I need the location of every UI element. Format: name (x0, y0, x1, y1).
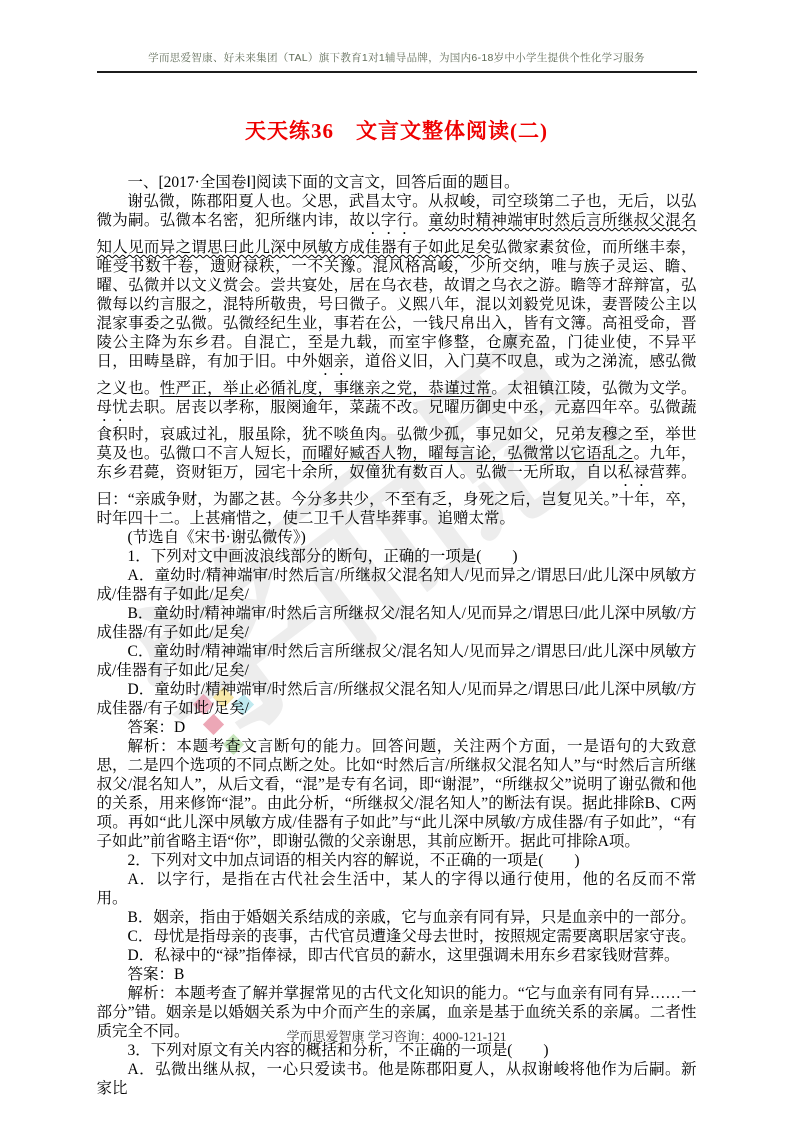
question1-analysis: 解析：本题考查文言断句的能力。回答问题，关注两个方面，一是语句的大致意思，二是四… (97, 737, 697, 851)
header-tagline: 学而思爱智康、好未来集团（TAL）旗下教育1对1辅导品牌，为国内6-18岁中小学… (97, 50, 697, 65)
question1-stem: 1．下列对文中画波浪线部分的断句，正确的一项是( ) (97, 547, 697, 566)
document-body: 一、[2017·全国卷Ⅰ]阅读下面的文言文，回答后面的题目。 谢弘微，陈郡阳夏人… (97, 173, 697, 1098)
passage-segment-underline: 而曜好臧否人物，曜每言论，弘微常以它语乱之 (302, 445, 634, 462)
passage-segment-dotted: 母忧 (97, 399, 129, 416)
passage-segment: 弘微家素贫俭，而所继丰泰，唯受书数千卷，遗财禄秩，一不关豫。混风格高峻，少所交纳… (97, 239, 697, 370)
page-header: 学而思爱智康、好未来集团（TAL）旗下教育1对1辅导品牌，为国内6-18岁中小学… (97, 0, 697, 73)
question1-option-d: D．童幼时/精神端审/时然后言/所继叔父混名知人/见而异之/谓思曰/此儿深中夙敏… (97, 680, 697, 718)
question1-option-c: C．童幼时/精神端审/时然后言所继叔父/混名知人/见而异之/谓思曰/此儿深中夙敏… (97, 642, 697, 680)
passage-source: (节选自《宋书·谢弘微传》) (97, 528, 697, 547)
passage-segment: 。太祖镇江陵，弘微为文学。 (491, 380, 696, 397)
passage-paragraph: 谢弘微，陈郡阳夏人也。父思，武昌太守。从叔峻，司空琰第二子也，无后，以弘微为嗣。… (97, 192, 697, 528)
intro-line: 一、[2017·全国卷Ⅰ]阅读下面的文言文，回答后面的题目。 (97, 173, 697, 192)
passage-segment: 。 (412, 212, 428, 229)
question2-option-a: A．以字行，是指在古代社会生活中，某人的字得以通行使用，他的名反而不常用。 (97, 870, 697, 908)
passage-segment-underline: 性严正，举止必循礼度，事继亲之党，恭谨过常 (160, 380, 492, 397)
question1-answer: 答案：D (97, 718, 697, 737)
document-page: 学而思 学而思爱智康、好未来集团（TAL）旗下教育1对1辅导品牌，为国内6-18… (0, 0, 793, 1122)
passage-segment-dotted: 以字行 (365, 212, 412, 229)
header-divider (97, 71, 697, 73)
passage-segment-dotted: 私禄 (618, 464, 650, 481)
question1-option-b: B．童幼时/精神端审/时然后言所继叔父/混名知人/见而异之/谓思曰/此儿深中夙敏… (97, 604, 697, 642)
question2-option-b: B．姻亲，指由于婚姻关系结成的亲戚，它与血亲有同有异，只是血亲中的一部分。 (97, 908, 697, 927)
question2-stem: 2．下列对文中加点词语的相关内容的解说，不正确的一项是( ) (97, 851, 697, 870)
page-footer: 学而思爱智康 学习咨询：4000-121-121 (0, 1026, 793, 1045)
question2-answer: 答案：B (97, 965, 697, 984)
page-title: 天天练36 文言文整体阅读(二) (0, 115, 793, 145)
question1-option-a: A．童幼时/精神端审/时然后言/所继叔父混名知人/见而异之/谓思曰/此儿深中夙敏… (97, 566, 697, 604)
question3-option-a: A．弘微出继从叔，一心只爱读书。他是陈郡阳夏人，从叔谢峻将他作为后嗣。新家比 (97, 1060, 697, 1098)
question2-option-d: D．私禄中的“禄”指俸禄，即古代官员的薪水，这里强调未用东乡君家钱财营葬。 (97, 946, 697, 965)
passage-segment-dotted: 姻亲 (318, 353, 350, 370)
question2-option-c: C．母忧是指母亲的丧事，古代官员遭逢父母去世时，按照规定需要离职居家守丧。 (97, 927, 697, 946)
